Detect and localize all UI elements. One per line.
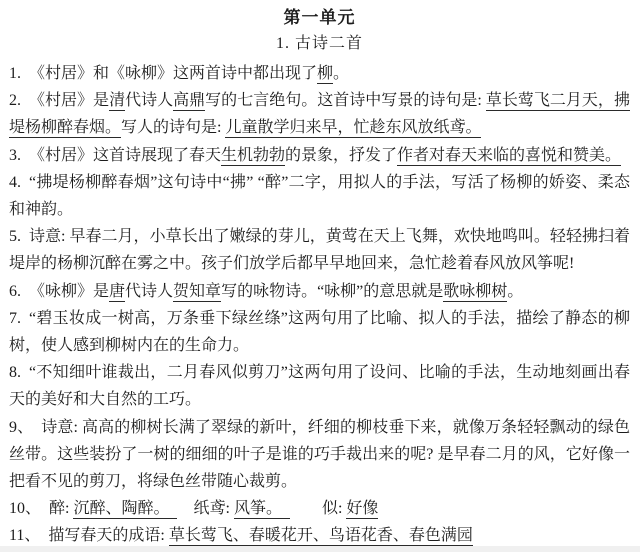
item-number: 1. [9,65,21,82]
underlined-text: 生机勃勃 [221,147,285,166]
item-number: 5. [9,228,21,245]
text-segment: 描写春天的成语: [48,527,168,544]
text-segment: “拂堤杨柳醉春烟”这句诗中“拂” “醉”二字，用拟人的手法，写活了杨柳的娇姿、柔… [9,174,630,218]
item-number: 6. [9,283,21,300]
item-number: 3. [9,147,21,164]
text-segment: 。 [507,283,523,300]
underlined-text: 儿童散学归来早，忙趁东风放纸鸢。 [225,119,481,138]
unit-title: 第一单元 [9,6,630,30]
item-number: 9、 [9,419,33,436]
lesson-title: 1. 古诗二首 [9,31,630,57]
text-segment: 的景象，抒发了 [285,147,397,164]
text-segment: 写的七言绝句。这首诗中写景的诗句是: [205,92,486,109]
underlined-text: 高鼎 [173,92,205,111]
item-number: 8. [9,364,21,381]
underlined-text: 作者对春天来临的喜悦和赞美。 [397,147,621,166]
list-item: 2.《村居》是清代诗人高鼎写的七言绝句。这首诗中写景的诗句是: 草长莺飞二月天，… [9,87,630,141]
text-segment: 代诗人 [125,283,173,300]
underlined-text: 风筝。 [234,500,290,519]
list-item: 3.《村居》这首诗展现了春天生机勃勃的景象，抒发了作者对春天来临的喜悦和赞美。 [9,142,630,169]
underlined-text: 草长莺飞、春暖花开、鸟语花香、春色满园 [169,527,473,546]
text-segment: 《村居》和《咏柳》这两首诗中都出现了 [29,65,317,82]
list-item: 8.“不知细叶谁裁出，二月春风似剪刀”这两句用了设问、比喻的手法，生动地刻画出春… [9,359,630,413]
list-item: 5.诗意: 早春二月，小草长出了嫩绿的芽儿，黄莺在天上飞舞，欢快地鸣叫。轻轻拂扫… [9,223,630,277]
list-item: 7.“碧玉妆成一树高，万条垂下绿丝绦”这两句用了比喻、拟人的手法，描绘了静态的柳… [9,305,630,359]
list-item: 9、诗意: 高高的柳树长满了翠绿的新叶，纤细的柳枝垂下来，就像万条轻轻飘动的绿色… [9,414,630,496]
text-segment: 《村居》是 [29,92,109,109]
text-segment: 写人的诗句是: [121,119,225,136]
list-item: 6.《咏柳》是唐代诗人贺知章写的咏物诗。“咏柳”的意思就是歌咏柳树。 [9,278,630,305]
item-number: 2. [9,92,21,109]
underlined-text: 好像 [346,500,378,519]
underlined-text: 清 [109,92,125,111]
text-segment: 《咏柳》是 [29,283,109,300]
text-segment: 似: [290,500,346,517]
list-item: 4.“拂堤杨柳醉春烟”这句诗中“拂” “醉”二字，用拟人的手法，写活了杨柳的娇姿… [9,169,630,223]
text-segment: 诗意: 早春二月，小草长出了嫩绿的芽儿，黄莺在天上飞舞，欢快地鸣叫。轻轻拂扫着堤… [9,228,630,272]
text-segment: 醉: [49,500,73,517]
text-segment: 代诗人 [125,92,173,109]
item-number: 7. [9,310,21,327]
underlined-text: 柳 [317,65,333,84]
document-body: 1.《村居》和《咏柳》这两首诗中都出现了柳。2.《村居》是清代诗人高鼎写的七言绝… [9,60,630,550]
item-number: 10、 [9,500,41,517]
text-segment: 。 [333,65,349,82]
item-number: 11、 [9,527,40,544]
list-item: 1.《村居》和《咏柳》这两首诗中都出现了柳。 [9,60,630,87]
list-item: 10、醉: 沉醉、陶醉。 纸鸢: 风筝。 似: 好像 [9,495,630,522]
text-segment: “碧玉妆成一树高，万条垂下绿丝绦”这两句用了比喻、拟人的手法，描绘了静态的柳树，… [9,310,630,354]
text-segment: “不知细叶谁裁出，二月春风似剪刀”这两句用了设问、比喻的手法，生动地刻画出春天的… [9,364,630,408]
underlined-text: 歌咏柳树 [443,283,507,302]
page-bottom-edge [0,546,640,552]
underlined-text: 沉醉、陶醉。 [73,500,177,519]
underlined-text: 贺知章 [173,283,221,302]
underlined-text: 唐 [109,283,125,302]
text-segment: 诗意: 高高的柳树长满了翠绿的新叶，纤细的柳枝垂下来，就像万条轻轻飘动的绿色丝带… [9,419,630,490]
document-page: 第一单元 1. 古诗二首 1.《村居》和《咏柳》这两首诗中都出现了柳。2.《村居… [0,0,640,550]
text-segment: 写的咏物诗。“咏柳”的意思就是 [221,283,443,300]
text-segment: 纸鸢: [177,500,233,517]
item-number: 4. [9,174,21,191]
text-segment: 《村居》这首诗展现了春天 [29,147,221,164]
